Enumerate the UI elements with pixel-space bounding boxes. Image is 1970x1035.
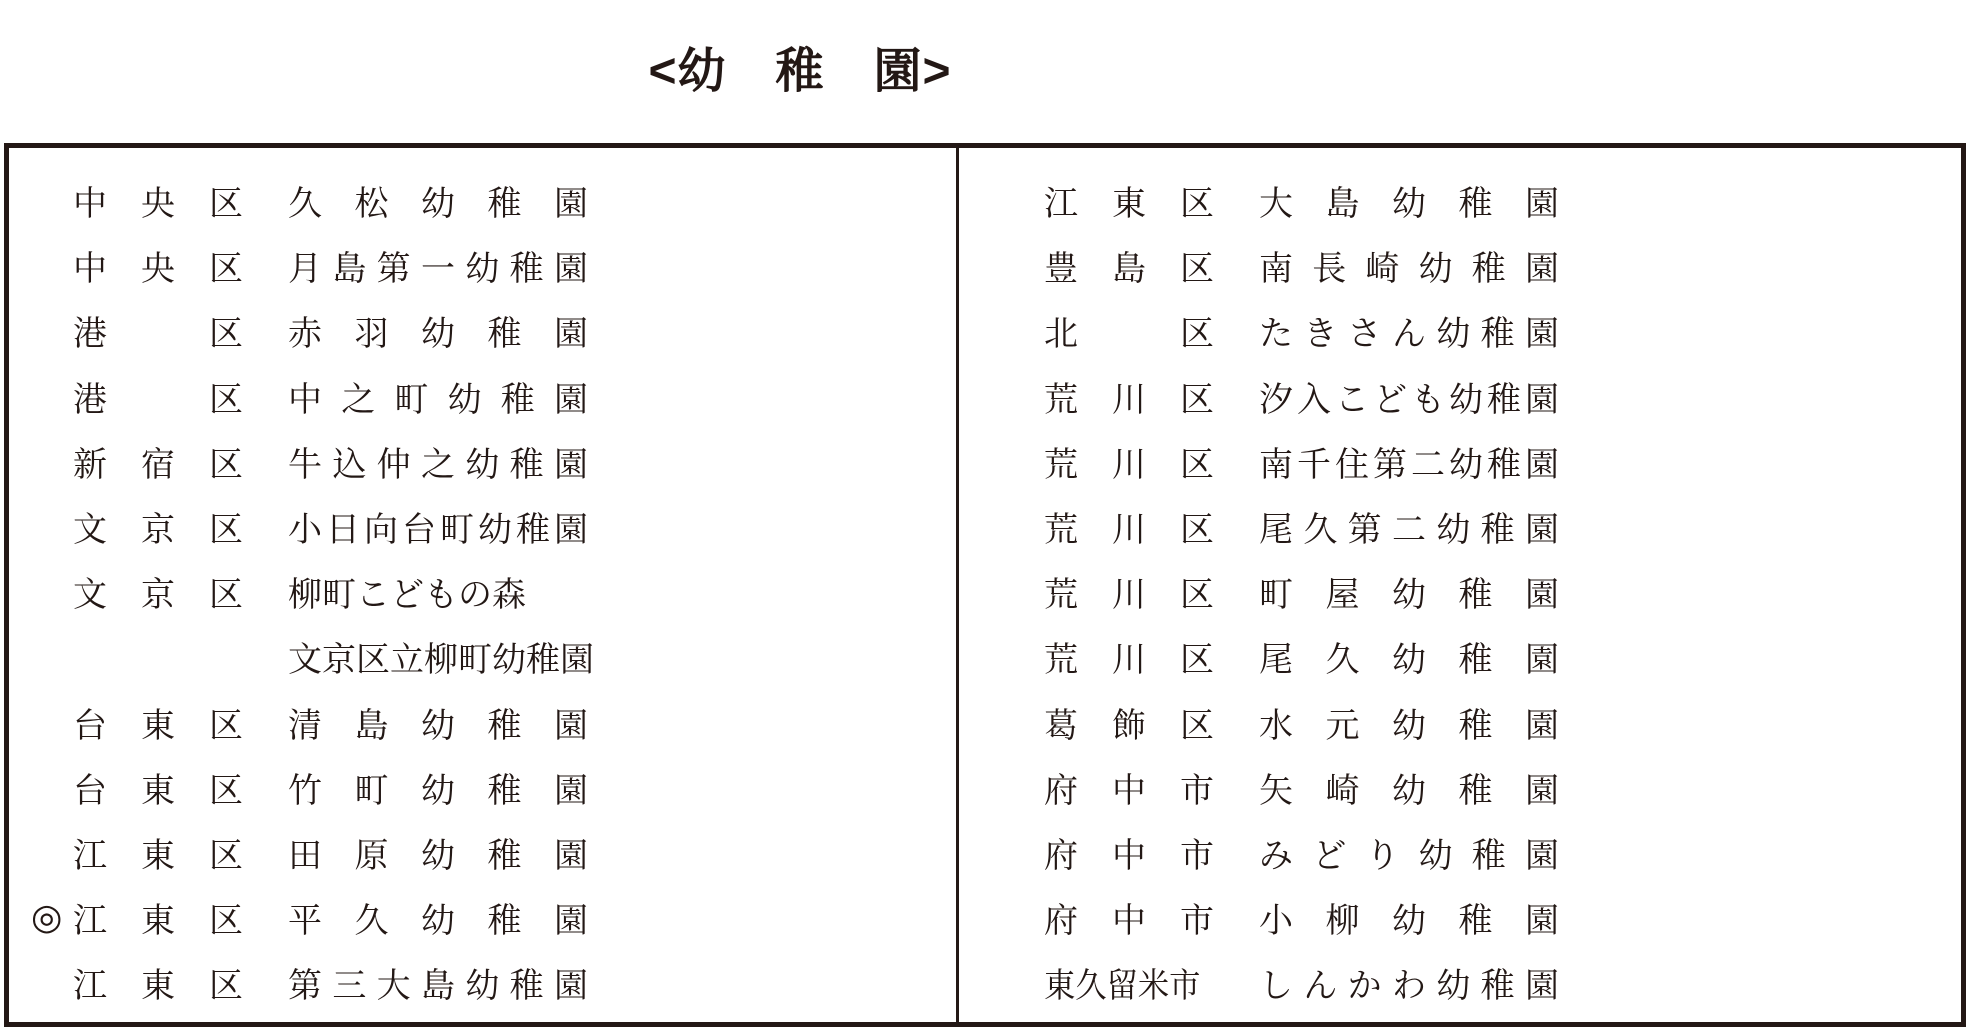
table-row: ◎江東区平久幼稚園 xyxy=(9,885,956,950)
ward-name: 中央区 xyxy=(73,241,243,290)
kindergarten-name: しんかわ幼稚園 xyxy=(1259,958,1559,1007)
ward-name: 荒川区 xyxy=(1044,372,1214,421)
ward-name: 荒川区 xyxy=(1044,437,1214,486)
selected-marker: ◎ xyxy=(31,897,73,938)
table-row: 東久留米市しんかわ幼稚園 xyxy=(959,950,1961,1015)
kindergarten-name: 文京区立柳町幼稚園 xyxy=(288,632,588,681)
ward-name: 荒川区 xyxy=(1044,632,1214,681)
kindergarten-name: 水元幼稚園 xyxy=(1259,698,1559,747)
table-row: 港区赤羽幼稚園 xyxy=(9,298,956,363)
kindergarten-name: 柳町こどもの森 xyxy=(288,567,588,616)
ward-name: 江東区 xyxy=(73,958,243,1007)
ward-name: 荒川区 xyxy=(1044,502,1214,551)
ward-name: 東久留米市 xyxy=(1044,958,1200,1007)
kindergarten-name: 小柳幼稚園 xyxy=(1259,893,1559,942)
kindergarten-name: 小日向台町幼稚園 xyxy=(288,502,588,551)
table-row: 荒川区尾久第二幼稚園 xyxy=(959,494,1961,559)
table-row: 中央区久松幼稚園 xyxy=(9,168,956,233)
table-row: 荒川区南千住第二幼稚園 xyxy=(959,429,1961,494)
table-row: 新宿区牛込仲之幼稚園 xyxy=(9,429,956,494)
kindergarten-name: 平久幼稚園 xyxy=(288,893,588,942)
table-left-column: 中央区久松幼稚園中央区月島第一幼稚園港区赤羽幼稚園港区中之町幼稚園新宿区牛込仲之… xyxy=(9,148,959,1022)
kindergarten-name: 南千住第二幼稚園 xyxy=(1259,437,1559,486)
kindergarten-name: 竹町幼稚園 xyxy=(288,763,588,812)
ward-name: 文京区 xyxy=(73,502,243,551)
table-row: 江東区大島幼稚園 xyxy=(959,168,1961,233)
kindergarten-name: 清島幼稚園 xyxy=(288,698,588,747)
kindergarten-name: 町屋幼稚園 xyxy=(1259,567,1559,616)
kindergarten-name: 矢崎幼稚園 xyxy=(1259,763,1559,812)
kindergarten-name: 牛込仲之幼稚園 xyxy=(288,437,588,486)
kindergarten-name: みどり幼稚園 xyxy=(1259,828,1559,877)
kindergarten-table: 中央区久松幼稚園中央区月島第一幼稚園港区赤羽幼稚園港区中之町幼稚園新宿区牛込仲之… xyxy=(4,143,1966,1027)
table-row: 荒川区汐入こども幼稚園 xyxy=(959,364,1961,429)
ward-name: 新宿区 xyxy=(73,437,243,486)
table-row: 江東区田原幼稚園 xyxy=(9,820,956,885)
kindergarten-name: 田原幼稚園 xyxy=(288,828,588,877)
table-row: 北区たきさん幼稚園 xyxy=(959,298,1961,363)
ward-name: 江東区 xyxy=(73,828,243,877)
ward-name: 文京区 xyxy=(73,567,243,616)
ward-name: 江東区 xyxy=(1044,176,1214,225)
ward-name: 台東区 xyxy=(73,698,243,747)
ward-name: 中央区 xyxy=(73,176,243,225)
table-row: 中央区月島第一幼稚園 xyxy=(9,233,956,298)
table-row: 荒川区尾久幼稚園 xyxy=(959,624,1961,689)
ward-name: 豊島区 xyxy=(1044,241,1214,290)
ward-name: 港区 xyxy=(73,372,243,421)
page-title: <幼 稚 園> xyxy=(0,32,1600,101)
kindergarten-name: 久松幼稚園 xyxy=(288,176,588,225)
kindergarten-name: たきさん幼稚園 xyxy=(1259,306,1559,355)
kindergarten-name: 汐入こども幼稚園 xyxy=(1259,372,1559,421)
table-row: 文京区柳町こどもの森 xyxy=(9,559,956,624)
kindergarten-name: 第三大島幼稚園 xyxy=(288,958,588,1007)
table-row: 荒川区町屋幼稚園 xyxy=(959,559,1961,624)
ward-name: 荒川区 xyxy=(1044,567,1214,616)
table-row: 府中市小柳幼稚園 xyxy=(959,885,1961,950)
kindergarten-name: 月島第一幼稚園 xyxy=(288,241,588,290)
table-row: 文京区立柳町幼稚園 xyxy=(9,624,956,689)
table-row: 葛飾区水元幼稚園 xyxy=(959,690,1961,755)
ward-name: 葛飾区 xyxy=(1044,698,1214,747)
kindergarten-name: 南長崎幼稚園 xyxy=(1259,241,1559,290)
table-row: 台東区清島幼稚園 xyxy=(9,690,956,755)
kindergarten-name: 赤羽幼稚園 xyxy=(288,306,588,355)
table-row: 江東区第三大島幼稚園 xyxy=(9,950,956,1015)
ward-name: 府中市 xyxy=(1044,828,1214,877)
table-row: 港区中之町幼稚園 xyxy=(9,364,956,429)
kindergarten-name: 中之町幼稚園 xyxy=(288,372,588,421)
ward-name: 台東区 xyxy=(73,763,243,812)
ward-name: 江東区 xyxy=(73,893,243,942)
kindergarten-name: 尾久幼稚園 xyxy=(1259,632,1559,681)
table-row: 台東区竹町幼稚園 xyxy=(9,755,956,820)
ward-name: 港区 xyxy=(73,306,243,355)
table-row: 豊島区南長崎幼稚園 xyxy=(959,233,1961,298)
ward-name: 府中市 xyxy=(1044,893,1214,942)
table-row: 文京区小日向台町幼稚園 xyxy=(9,494,956,559)
ward-name: 北区 xyxy=(1044,306,1214,355)
table-row: 府中市矢崎幼稚園 xyxy=(959,755,1961,820)
document-page: <幼 稚 園> 中央区久松幼稚園中央区月島第一幼稚園港区赤羽幼稚園港区中之町幼稚… xyxy=(0,0,1970,1035)
kindergarten-name: 尾久第二幼稚園 xyxy=(1259,502,1559,551)
table-row: 府中市みどり幼稚園 xyxy=(959,820,1961,885)
ward-name: 府中市 xyxy=(1044,763,1214,812)
kindergarten-name: 大島幼稚園 xyxy=(1259,176,1559,225)
table-right-column: 江東区大島幼稚園豊島区南長崎幼稚園北区たきさん幼稚園荒川区汐入こども幼稚園荒川区… xyxy=(959,148,1961,1022)
